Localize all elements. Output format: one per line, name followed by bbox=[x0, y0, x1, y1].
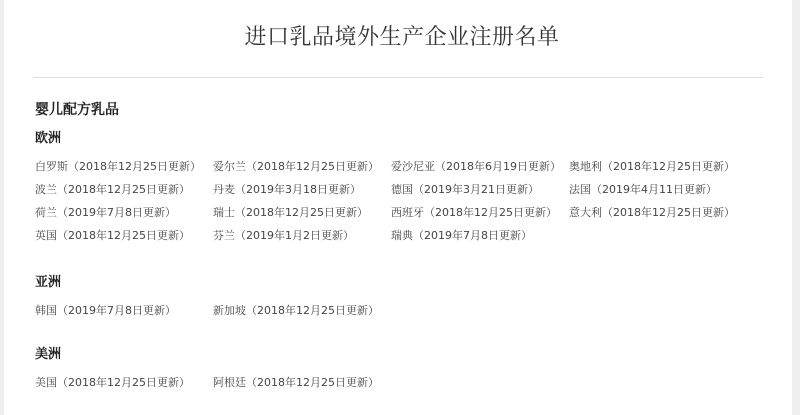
country-link[interactable]: 丹麦（2019年3月18日更新） bbox=[213, 181, 391, 199]
country-list: 韩国（2019年7月8日更新） 新加坡（2018年12月25日更新） bbox=[35, 302, 747, 320]
country-link[interactable]: 德国（2019年3月21日更新） bbox=[391, 181, 569, 199]
region-title: 亚洲 bbox=[35, 274, 747, 292]
region-americas: 美洲 美国（2018年12月25日更新） 阿根廷（2018年12月25日更新） bbox=[35, 346, 747, 392]
region-title: 欧洲 bbox=[35, 130, 747, 148]
country-link[interactable]: 法国（2019年4月11日更新） bbox=[569, 181, 747, 199]
country-link[interactable]: 新加坡（2018年12月25日更新） bbox=[213, 302, 391, 320]
country-link[interactable]: 爱尔兰（2018年12月25日更新） bbox=[213, 158, 391, 176]
title-divider bbox=[33, 77, 763, 78]
region-asia: 亚洲 韩国（2019年7月8日更新） 新加坡（2018年12月25日更新） bbox=[35, 274, 747, 320]
region-title: 美洲 bbox=[35, 346, 747, 364]
country-list: 美国（2018年12月25日更新） 阿根廷（2018年12月25日更新） bbox=[35, 374, 747, 392]
country-link[interactable]: 阿根廷（2018年12月25日更新） bbox=[213, 374, 391, 392]
country-link[interactable]: 英国（2018年12月25日更新） bbox=[35, 227, 213, 245]
country-link[interactable]: 波兰（2018年12月25日更新） bbox=[35, 181, 213, 199]
country-link[interactable]: 瑞典（2019年7月8日更新） bbox=[391, 227, 569, 245]
document-page: 进口乳品境外生产企业注册名单 婴儿配方乳品 欧洲 白罗斯（2018年12月25日… bbox=[4, 0, 792, 415]
country-link[interactable]: 西班牙（2018年12月25日更新） bbox=[391, 204, 569, 222]
region-europe: 欧洲 白罗斯（2018年12月25日更新） 爱尔兰（2018年12月25日更新）… bbox=[35, 130, 747, 245]
country-link[interactable]: 爱沙尼亚（2018年6月19日更新） bbox=[391, 158, 569, 176]
country-link[interactable]: 荷兰（2019年7月8日更新） bbox=[35, 204, 213, 222]
page-title: 进口乳品境外生产企业注册名单 bbox=[4, 24, 800, 52]
category-title: 婴儿配方乳品 bbox=[35, 101, 119, 119]
country-link[interactable]: 奥地利（2018年12月25日更新） bbox=[569, 158, 747, 176]
country-list: 白罗斯（2018年12月25日更新） 爱尔兰（2018年12月25日更新） 爱沙… bbox=[35, 158, 747, 245]
country-link[interactable]: 美国（2018年12月25日更新） bbox=[35, 374, 213, 392]
country-link[interactable]: 白罗斯（2018年12月25日更新） bbox=[35, 158, 213, 176]
country-link[interactable]: 芬兰（2019年1月2日更新） bbox=[213, 227, 391, 245]
country-link[interactable]: 意大利（2018年12月25日更新） bbox=[569, 204, 747, 222]
country-link[interactable]: 瑞士（2018年12月25日更新） bbox=[213, 204, 391, 222]
country-link[interactable]: 韩国（2019年7月8日更新） bbox=[35, 302, 213, 320]
